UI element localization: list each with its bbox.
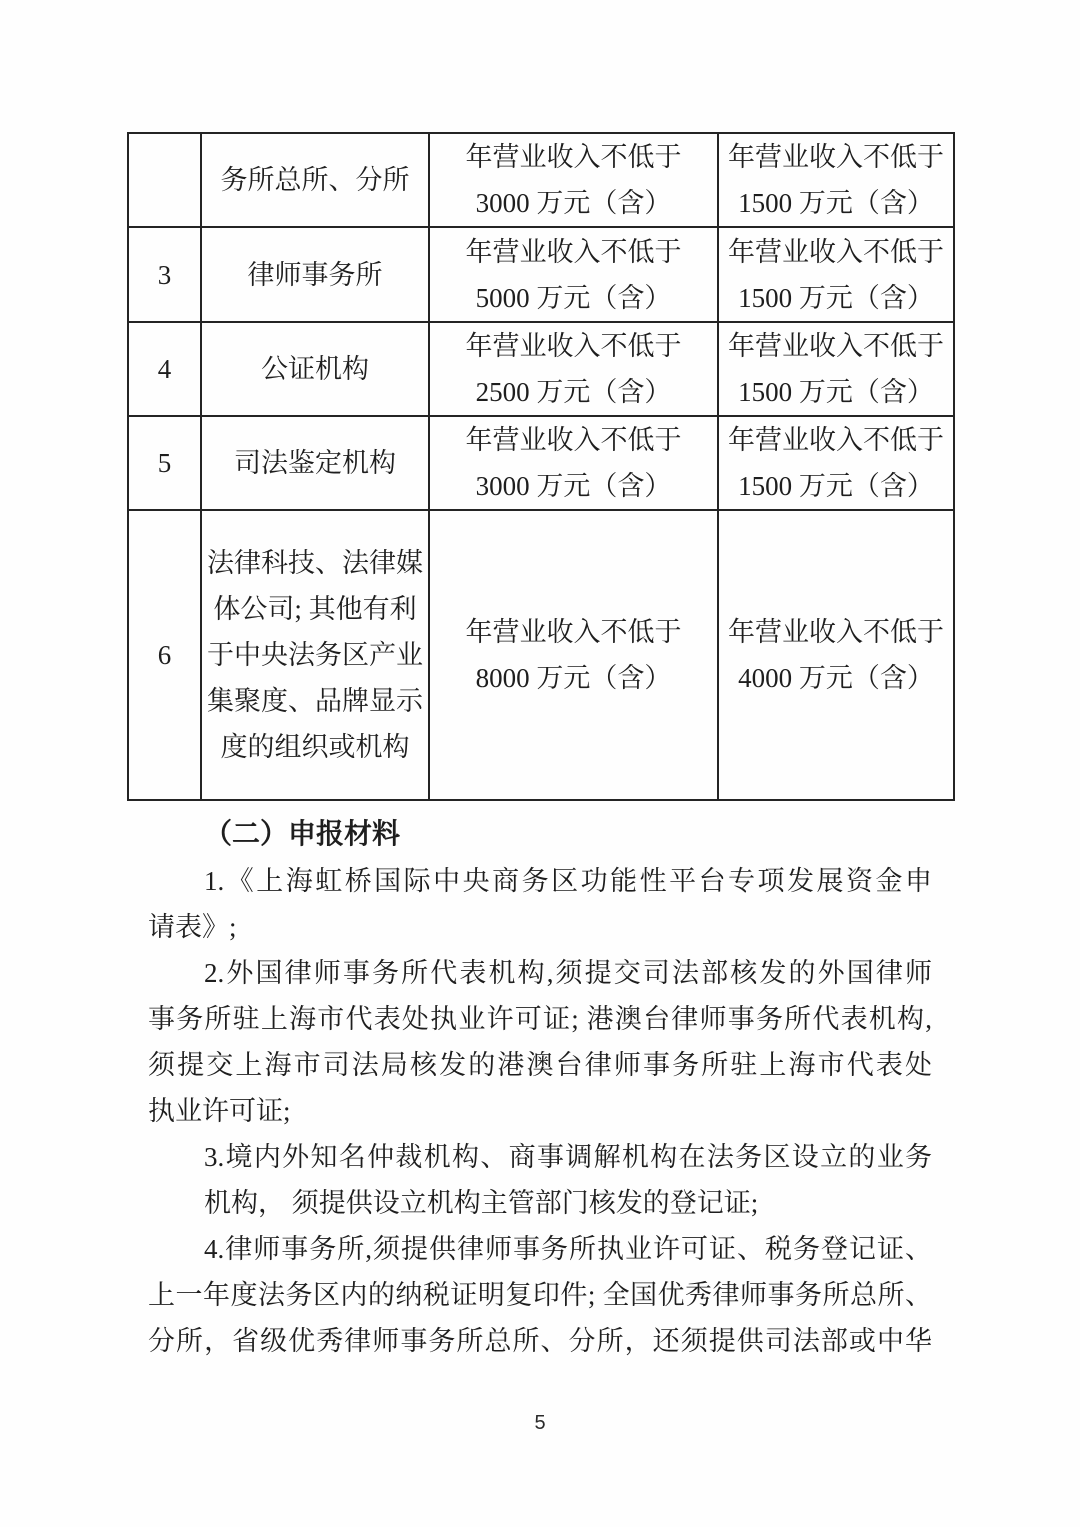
revenue-requirements-table: 务所总所、分所 年营业收入不低于 3000 万元（含） 年营业收入不低于 150… [127,132,955,801]
table-row: 6 法律科技、法律媒体公司; 其他有利于中央法务区产业集聚度、品牌显示度的组织或… [128,510,954,800]
requirement-line: 3000 万元（含） [434,463,713,509]
body-line: 4.律师事务所,须提供律师事务所执业许可证、税务登记证、 [148,1226,932,1272]
org-type-cell: 司法鉴定机构 [201,416,429,510]
enterprise-requirement-cell: 年营业收入不低于 4000 万元（含） [718,510,954,800]
requirement-line: 年营业收入不低于 [434,229,713,275]
requirement-line: 年营业收入不低于 [723,134,949,180]
body-line: 上一年度法务区内的纳税证明复印件; 全国优秀律师事务所总所、 [148,1272,932,1318]
requirement-line: 1500 万元（含） [723,180,949,226]
document-body: （二）申报材料 1.《上海虹桥国际中央商务区功能性平台专项发展资金申 请表》; … [148,812,932,1364]
document-page: 务所总所、分所 年营业收入不低于 3000 万元（含） 年营业收入不低于 150… [0,0,1080,1527]
section-heading: （二）申报材料 [148,812,932,858]
requirement-line: 年营业收入不低于 [434,417,713,463]
requirement-line: 年营业收入不低于 [434,134,713,180]
body-line: 须提交上海市司法局核发的港澳台律师事务所驻上海市代表处 [148,1042,932,1088]
requirement-line: 3000 万元（含） [434,180,713,226]
body-line: 分所，省级优秀律师事务所总所、分所，还须提供司法部或中华 [148,1318,932,1364]
platform-requirement-cell: 年营业收入不低于 2500 万元（含） [429,322,718,416]
requirement-line: 1500 万元（含） [723,463,949,509]
requirement-line: 2500 万元（含） [434,369,713,415]
enterprise-requirement-cell: 年营业收入不低于 1500 万元（含） [718,227,954,322]
requirement-line: 年营业收入不低于 [723,417,949,463]
row-number-cell: 6 [128,510,201,800]
body-line: 请表》; [148,904,932,950]
requirement-line: 4000 万元（含） [723,655,949,701]
page-number: 5 [0,1412,1080,1435]
row-number-cell: 3 [128,227,201,322]
platform-requirement-cell: 年营业收入不低于 5000 万元（含） [429,227,718,322]
table-row: 3 律师事务所 年营业收入不低于 5000 万元（含） 年营业收入不低于 150… [128,227,954,322]
enterprise-requirement-cell: 年营业收入不低于 1500 万元（含） [718,416,954,510]
platform-requirement-cell: 年营业收入不低于 8000 万元（含） [429,510,718,800]
org-type-cell: 法律科技、法律媒体公司; 其他有利于中央法务区产业集聚度、品牌显示度的组织或机构 [201,510,429,800]
table-row: 4 公证机构 年营业收入不低于 2500 万元（含） 年营业收入不低于 1500… [128,322,954,416]
body-line: 2.外国律师事务所代表机构,须提交司法部核发的外国律师 [148,950,932,996]
requirement-line: 年营业收入不低于 [723,229,949,275]
body-line: 1.《上海虹桥国际中央商务区功能性平台专项发展资金申 [148,858,932,904]
requirement-line: 年营业收入不低于 [434,609,713,655]
requirement-line: 年营业收入不低于 [723,609,949,655]
requirement-line: 年营业收入不低于 [723,323,949,369]
org-type-cell: 务所总所、分所 [201,133,429,227]
body-line: 执业许可证; [148,1088,932,1134]
platform-requirement-cell: 年营业收入不低于 3000 万元（含） [429,416,718,510]
body-line: 机构， 须提供设立机构主管部门核发的登记证; [148,1180,932,1226]
platform-requirement-cell: 年营业收入不低于 3000 万元（含） [429,133,718,227]
org-type-cell: 律师事务所 [201,227,429,322]
row-number-cell: 5 [128,416,201,510]
requirement-line: 8000 万元（含） [434,655,713,701]
row-number-cell [128,133,201,227]
requirement-line: 5000 万元（含） [434,275,713,321]
enterprise-requirement-cell: 年营业收入不低于 1500 万元（含） [718,133,954,227]
table-row: 务所总所、分所 年营业收入不低于 3000 万元（含） 年营业收入不低于 150… [128,133,954,227]
requirement-line: 1500 万元（含） [723,275,949,321]
requirement-line: 年营业收入不低于 [434,323,713,369]
requirement-line: 1500 万元（含） [723,369,949,415]
enterprise-requirement-cell: 年营业收入不低于 1500 万元（含） [718,322,954,416]
body-line: 事务所驻上海市代表处执业许可证; 港澳台律师事务所代表机构, [148,996,932,1042]
body-line: 3.境内外知名仲裁机构、商事调解机构在法务区设立的业务 [148,1134,932,1180]
table-row: 5 司法鉴定机构 年营业收入不低于 3000 万元（含） 年营业收入不低于 15… [128,416,954,510]
row-number-cell: 4 [128,322,201,416]
org-type-cell: 公证机构 [201,322,429,416]
